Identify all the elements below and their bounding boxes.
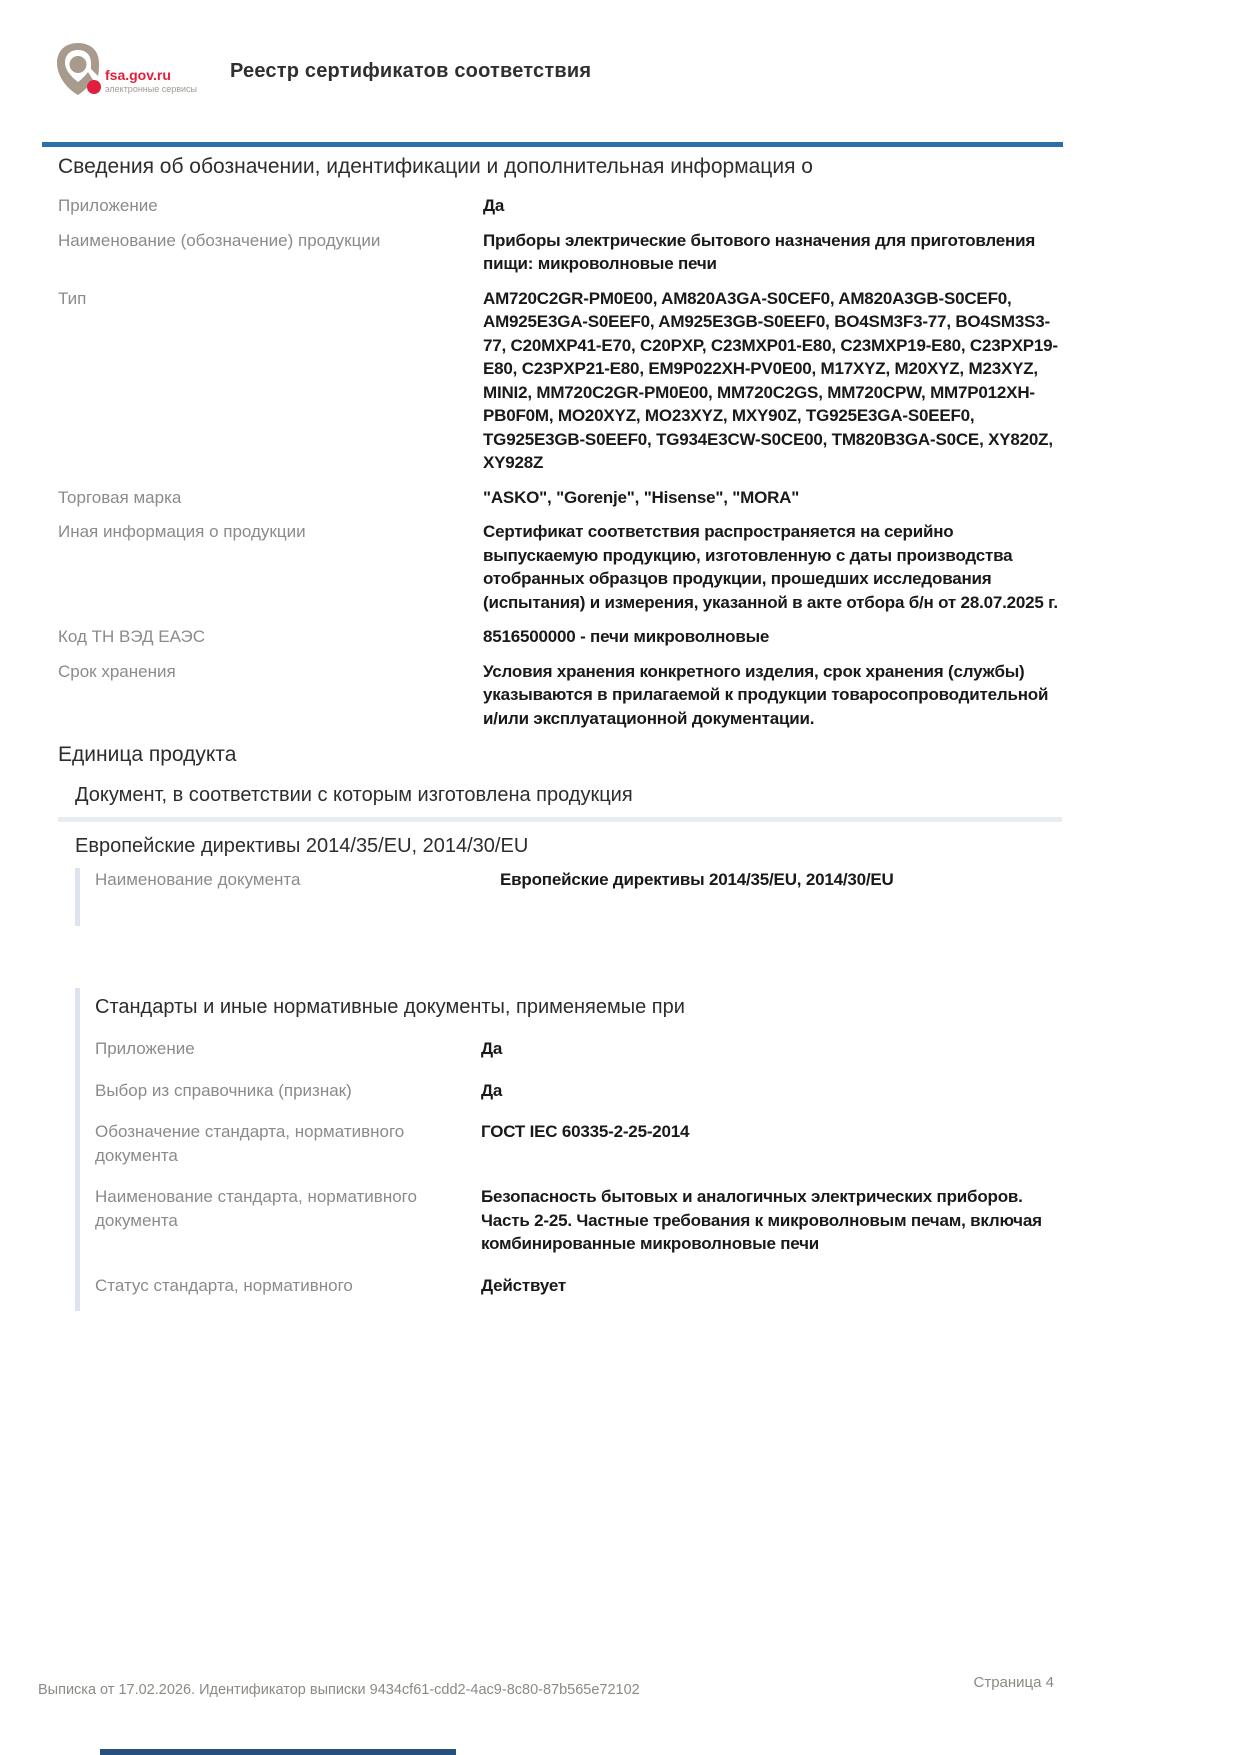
field-value: Сертификат соответствия распространяется… (483, 520, 1063, 614)
field-value: Безопасность бытовых и аналогичных элект… (481, 1185, 1063, 1256)
field-label: Наименование документа (95, 868, 500, 892)
field-label: Статус стандарта, нормативного (95, 1274, 481, 1298)
section-divider (58, 817, 1062, 822)
field-label: Наименование стандарта, нормативного док… (95, 1185, 481, 1256)
field-value: Да (483, 194, 1063, 218)
page-header: fsa.gov.ru электронные сервисы Реестр се… (55, 42, 197, 112)
fsa-brand-subtitle: электронные сервисы (105, 85, 197, 94)
standards-section: Стандарты и иные нормативные документы, … (75, 988, 1063, 1311)
standards-section-title: Стандарты и иные нормативные документы, … (95, 994, 1063, 1020)
field-row: Приложение Да (95, 1037, 1063, 1061)
field-value: Условия хранения конкретного изделия, ср… (483, 660, 1063, 731)
field-row: Наименование стандарта, нормативного док… (95, 1185, 1063, 1256)
field-row: Срок хранения Условия хранения конкретно… (58, 660, 1063, 731)
field-value: 8516500000 - печи микроволновые (483, 625, 1063, 649)
field-label: Тип (58, 287, 483, 475)
field-value: Приборы электрические бытового назначени… (483, 229, 1063, 276)
fsa-brand-label: fsa.gov.ru (105, 68, 197, 82)
field-label: Код ТН ВЭД ЕАЭС (58, 625, 483, 649)
footer-extract-info: Выписка от 17.02.2026. Идентификатор вып… (38, 1682, 640, 1698)
main-content: Сведения об обозначении, идентификации и… (58, 153, 1063, 1311)
field-label: Приложение (95, 1037, 481, 1061)
field-row: Статус стандарта, нормативного Действует (95, 1274, 1063, 1298)
field-row: Наименование документа Европейские дирек… (95, 868, 1063, 892)
field-row: Обозначение стандарта, нормативного доку… (95, 1120, 1063, 1167)
page-title: Реестр сертификатов соответствия (230, 60, 591, 83)
field-row: Выбор из справочника (признак) Да (95, 1079, 1063, 1103)
field-row: Торговая марка "ASKO", "Gorenje", "Hisen… (58, 486, 1063, 510)
field-row: Код ТН ВЭД ЕАЭС 8516500000 - печи микров… (58, 625, 1063, 649)
field-value: "ASKO", "Gorenje", "Hisense", "MORA" (483, 486, 1063, 510)
next-page-edge-bar (100, 1749, 456, 1755)
field-row: Наименование (обозначение) продукции При… (58, 229, 1063, 276)
section-info-title: Сведения об обозначении, идентификации и… (58, 153, 1063, 181)
field-label: Приложение (58, 194, 483, 218)
fsa-logo-icon (55, 42, 101, 98)
certificate-registry-page: fsa.gov.ru электронные сервисы Реестр се… (0, 0, 1240, 1755)
field-label: Наименование (обозначение) продукции (58, 229, 483, 276)
header-divider (42, 142, 1063, 147)
field-row: Тип AM720C2GR-PM0E00, AM820A3GA-S0CEF0, … (58, 287, 1063, 475)
field-label: Торговая марка (58, 486, 483, 510)
document-field-block: Наименование документа Европейские дирек… (75, 868, 1063, 926)
field-label: Выбор из справочника (признак) (95, 1079, 481, 1103)
section-document-title: Документ, в соответствии с которым изгот… (75, 782, 1063, 808)
field-value: Действует (481, 1274, 1063, 1298)
field-value: AM720C2GR-PM0E00, AM820A3GA-S0CEF0, AM82… (483, 287, 1063, 475)
field-label: Иная информация о продукции (58, 520, 483, 614)
fsa-logo: fsa.gov.ru электронные сервисы (55, 42, 197, 98)
field-row: Приложение Да (58, 194, 1063, 218)
field-label: Срок хранения (58, 660, 483, 731)
field-value: Да (481, 1037, 1063, 1061)
footer-page-number: Страница 4 (974, 1674, 1055, 1691)
field-value: Да (481, 1079, 1063, 1103)
document-group-title: Европейские директивы 2014/35/EU, 2014/3… (75, 833, 1063, 859)
field-label: Обозначение стандарта, нормативного доку… (95, 1120, 481, 1167)
field-value: ГОСТ IEC 60335-2-25-2014 (481, 1120, 1063, 1167)
field-row: Иная информация о продукции Сертификат с… (58, 520, 1063, 614)
section-unit-title: Единица продукта (58, 741, 1063, 769)
fsa-logo-text: fsa.gov.ru электронные сервисы (105, 68, 197, 94)
field-value: Европейские директивы 2014/35/EU, 2014/3… (500, 868, 1063, 892)
